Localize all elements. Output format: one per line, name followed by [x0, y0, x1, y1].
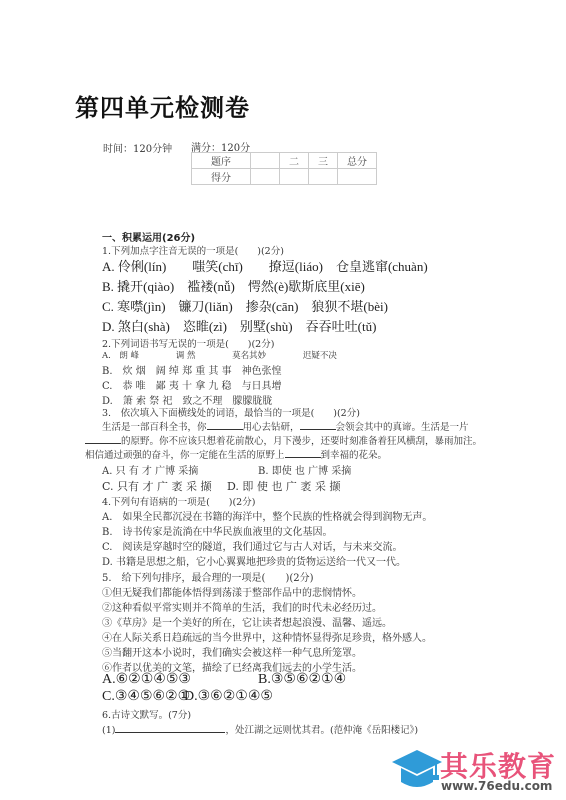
table-cell — [338, 169, 377, 185]
question-5-sentence-2: ②这种看似平常实则并不简单的生活，我们的时代未必经历过。 — [102, 599, 382, 614]
fill-blank[interactable] — [300, 420, 336, 430]
question-4-option-b: B. 诗书传家是流淌在中华民族血液里的文化基因。 — [102, 523, 333, 538]
question-5-option-c: C.③④⑤⑥②① — [102, 688, 190, 705]
item-number: (1) — [102, 725, 115, 736]
table-cell: 总分 — [338, 153, 377, 169]
score-table-score-row: 得分 — [192, 169, 377, 185]
fill-blank[interactable] — [285, 448, 321, 458]
question-3-option-a: A. 只 有 才 广博 采摘 — [102, 462, 198, 477]
fill-blank[interactable] — [85, 434, 121, 444]
table-cell: 三 — [309, 153, 338, 169]
question-3-option-c: C. 只有 才 广 袤 采 撷 — [102, 478, 212, 494]
score-table: 题序 二 三 总分 得分 — [191, 152, 377, 185]
question-5-option-a: A.⑥②①④⑤③ — [102, 671, 191, 688]
question-3-passage-line-1: 生活是一部百科全书，你用心去钻研，会领会其中的真谛。生活是一片 — [102, 419, 469, 433]
section-heading: 一、积累运用(26分) — [102, 229, 195, 244]
question-2-option-a: A. 朗 峰 调 然 莫名其妙 迟疑不决 — [102, 349, 337, 361]
table-cell — [309, 169, 338, 185]
question-2-option-b: B. 炊 烟 阔 绰 郑 重 其 事 神色张惶 — [102, 362, 282, 377]
table-cell — [251, 169, 280, 185]
question-2-stem: 2.下列词语书写无误的一项是( )(2分) — [102, 336, 274, 350]
passage-text: 的原野。你不应该只想着花前散心，月下漫步，还要时刻准备着狂风横刮，暴雨加注。 — [121, 436, 482, 447]
question-3-passage-line-2: 的原野。你不应该只想着花前散心，月下漫步，还要时刻准备着狂风横刮，暴雨加注。 — [85, 433, 482, 447]
question-5-option-b: B.③⑤⑥②①④ — [258, 671, 346, 688]
question-4-stem: 4.下列句有语病的一项是( )(2分) — [102, 494, 255, 508]
fill-blank[interactable] — [115, 723, 225, 733]
question-1-option-b: B. 撬开(qiào) 褴褛(nǚ) 愕然(è)歇斯底里(xiē) — [102, 276, 365, 295]
passage-text: 用心去钻研， — [243, 422, 300, 433]
question-2-option-c: C. 恭 唯 鄙 夷 十 拿 九 稳 与日具增 — [102, 377, 282, 392]
question-1-option-d: D. 煞白(shà) 恣睢(zì) 别墅(shù) 吞吞吐吐(tǔ) — [102, 316, 376, 335]
question-3-option-d: D. 即 使 也 广 袤 采 撷 — [227, 478, 340, 494]
fill-blank[interactable] — [207, 420, 243, 430]
page-title: 第四单元检测卷 — [75, 88, 250, 123]
question-5-sentence-3: ③《草房》是一个美好的所在，它让读者想起浪漫、温馨、遥远。 — [102, 614, 392, 629]
score-table-header-row: 题序 二 三 总分 — [192, 153, 377, 169]
question-3-option-b: B. 即使 也 广博 采摘 — [258, 462, 351, 477]
question-4-option-a: A. 如果全民都沉浸在书籍的海洋中，整个民族的性格就会得到润物无声。 — [102, 508, 432, 523]
question-5-sentence-1: ①但无疑我们都能体悟得到荡漾于整部作品中的悲悯情怀。 — [102, 584, 362, 599]
question-1-option-c: C. 寒噤(jìn) 镰刀(liǎn) 掺杂(cān) 狼狈不堪(bèi) — [102, 296, 388, 315]
graduation-cap-icon — [392, 746, 442, 792]
passage-text: 会领会其中的真谛。生活是一片 — [336, 422, 469, 433]
table-cell: 题序 — [192, 153, 251, 169]
question-6-stem: 6.古诗文默写。(7分) — [102, 707, 191, 721]
passage-text: 相信通过顽强的奋斗，你一定能在生活的原野上 — [85, 450, 285, 461]
question-4-option-c: C. 阅读是穿越时空的隧道，我们通过它与古人对话，与未来交流。 — [102, 538, 402, 553]
table-cell: 得分 — [192, 169, 251, 185]
question-3-passage-line-3: 相信通过顽强的奋斗，你一定能在生活的原野上到幸福的花朵。 — [85, 447, 387, 461]
question-1-option-a: A. 伶俐(lín) 嗤笑(chī) 撩逗(liáo) 仓皇逃窜(chuàn) — [102, 256, 428, 275]
table-cell: 二 — [280, 153, 309, 169]
passage-text: 生活是一部百科全书，你 — [102, 422, 207, 433]
exam-time: 时间：120分钟 — [103, 140, 172, 155]
item-text: ，处江湖之远则忧其君。(范仲淹《岳阳楼记》) — [225, 725, 418, 736]
question-5-option-d: D.③⑥②①④⑤ — [184, 688, 273, 705]
question-4-option-d: D. 书籍是思想之船，它小心翼翼地把珍贵的货物运送给一代又一代。 — [102, 553, 406, 568]
question-5-stem: 5. 给下列句排序，最合理的一项是( )(2分) — [102, 569, 314, 584]
watermark-url: www.76edu.com — [441, 779, 552, 793]
question-3-stem: 3. 依次填入下面横线处的词语，最恰当的一项是( )(2分) — [102, 405, 360, 419]
table-cell — [251, 153, 280, 169]
question-1-stem: 1.下列加点字注音无误的一项是( )(2分) — [102, 243, 284, 257]
question-5-sentence-5: ⑤当翻开这本小说时，我们确实会被这样一种气息所笼罩。 — [102, 644, 362, 659]
question-5-sentence-4: ④在人际关系日趋疏远的当今世界中，这种情怀显得弥足珍贵，格外感人。 — [102, 629, 432, 644]
table-cell — [280, 169, 309, 185]
passage-text: 到幸福的花朵。 — [321, 450, 388, 461]
question-6-item-1: (1)，处江湖之远则忧其君。(范仲淹《岳阳楼记》) — [102, 722, 418, 736]
